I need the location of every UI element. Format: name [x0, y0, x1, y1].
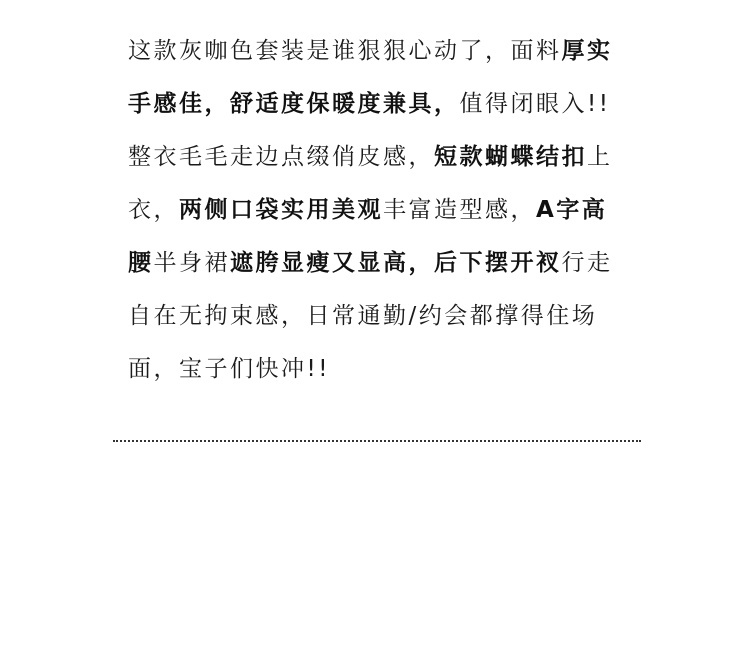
description-text: 丰富造型感，	[383, 197, 536, 223]
product-description: 这款灰咖色套装是谁狠狠心动了，面料厚实手感佳，舒适度保暖度兼具，值得闭眼入!!整…	[128, 25, 618, 396]
description-text: 半身裙	[154, 250, 231, 276]
description-text: 这款灰咖色套装是谁狠狠心动了，面料	[128, 38, 562, 64]
dotted-divider	[113, 440, 641, 442]
description-highlight: 遮胯显瘦又显高，后下摆开衩	[230, 250, 562, 276]
description-highlight: 两侧口袋实用美观	[179, 197, 383, 223]
description-highlight: 短款蝴蝶结扣	[434, 144, 587, 170]
